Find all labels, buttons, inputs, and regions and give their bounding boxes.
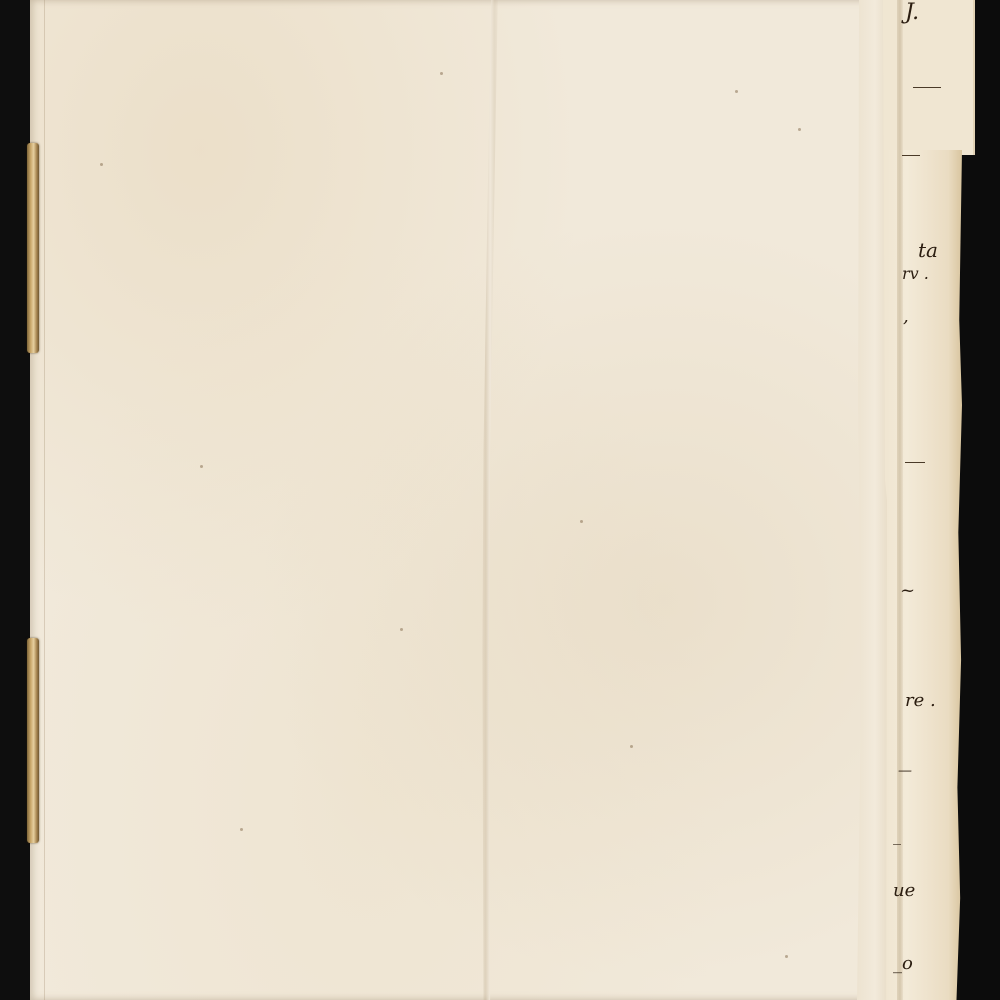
handwriting-fragment: rv . xyxy=(902,266,929,282)
handwriting-fragment: _o xyxy=(893,955,913,973)
handwriting-fragment: — xyxy=(898,764,912,778)
paper-speck xyxy=(200,465,203,468)
paper-speck xyxy=(240,828,243,831)
document-photograph: J. ta rv . , ~ re . — _ ue _o xyxy=(0,0,1000,1000)
paper-speck xyxy=(798,128,801,131)
leaf-fold-line xyxy=(897,0,903,1000)
binding-thread-upper xyxy=(27,143,39,353)
paper-speck xyxy=(630,745,633,748)
binding-thread-lower xyxy=(27,638,39,843)
paper-speck xyxy=(400,628,403,631)
ink-dash xyxy=(902,155,920,156)
paper-speck xyxy=(440,72,443,75)
paper-speck xyxy=(580,520,583,523)
paper-speck xyxy=(785,955,788,958)
handwriting-fragment: , xyxy=(903,308,909,326)
ink-dash xyxy=(913,87,941,88)
handwriting-fragment: _ xyxy=(893,828,901,844)
center-fold-crease xyxy=(478,0,500,1000)
blank-paper-page xyxy=(30,0,875,1000)
handwriting-fragment: ue xyxy=(893,882,915,900)
handwriting-fragment: ta xyxy=(918,240,938,260)
binding-edge-line xyxy=(44,0,45,1000)
paper-speck xyxy=(735,90,738,93)
ink-dash xyxy=(905,462,925,463)
underlying-leaf-top xyxy=(870,0,975,155)
paper-speck xyxy=(100,163,103,166)
handwriting-fragment: re . xyxy=(905,692,936,710)
handwriting-fragment: J. xyxy=(905,2,919,24)
handwriting-fragment: ~ xyxy=(900,582,915,600)
